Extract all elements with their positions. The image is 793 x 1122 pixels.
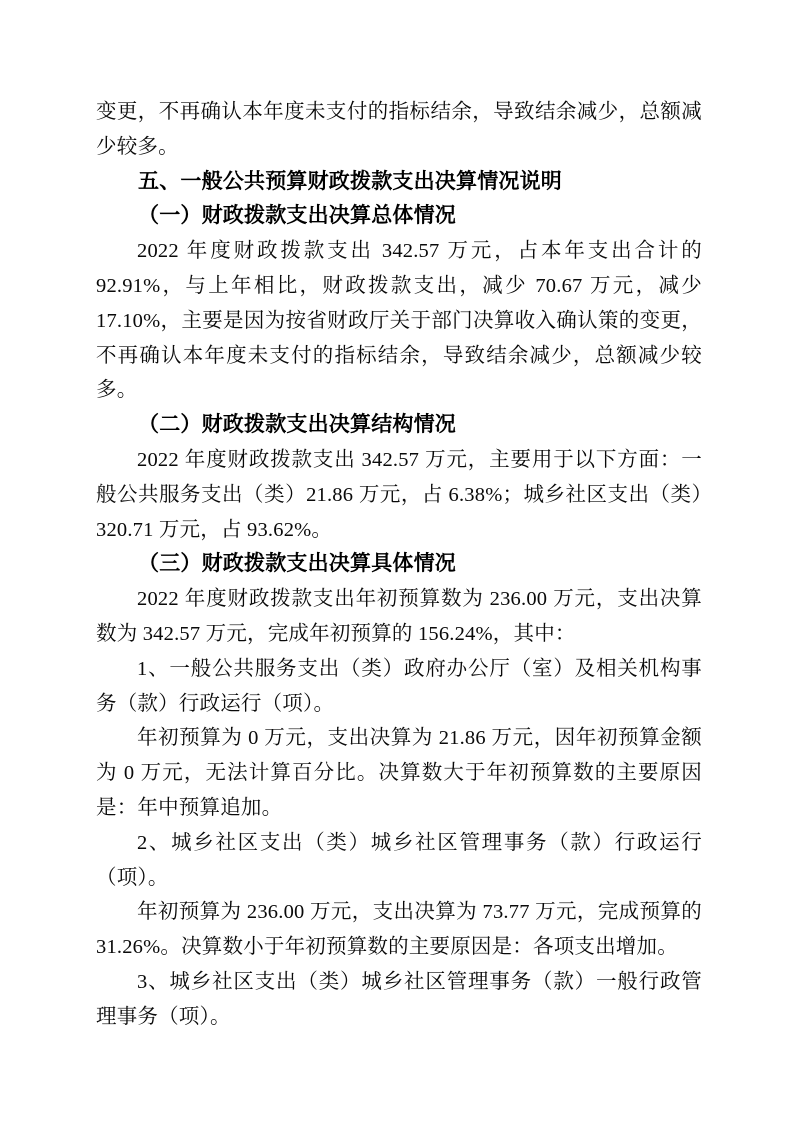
paragraph-structure-situation: 2022 年度财政拨款支出 342.57 万元，主要用于以下方面：一般公共服务支…: [96, 443, 702, 547]
paragraph-item-2-title: 2、城乡社区支出（类）城乡社区管理事务（款）行政运行（项）。: [96, 826, 702, 896]
paragraph-item-1-title: 1、一般公共服务支出（类）政府办公厅（室）及相关机构事务（款）行政运行（项）。: [96, 652, 702, 722]
paragraph-overall-situation: 2022 年度财政拨款支出 342.57 万元，占本年支出合计的 92.91%，…: [96, 234, 702, 408]
paragraph-item-2-detail: 年初预算为 236.00 万元，支出决算为 73.77 万元，完成预算的 31.…: [96, 895, 702, 965]
subsection-heading-3: （三）财政拨款支出决算具体情况: [96, 547, 702, 582]
subsection-heading-1: （一）财政拨款支出决算总体情况: [96, 199, 702, 234]
paragraph-item-3-title: 3、城乡社区支出（类）城乡社区管理事务（款）一般行政管理事务（项）。: [96, 965, 702, 1035]
paragraph-specific-situation: 2022 年度财政拨款支出年初预算数为 236.00 万元，支出决算数为 342…: [96, 582, 702, 652]
subsection-heading-2: （二）财政拨款支出决算结构情况: [96, 408, 702, 443]
paragraph-continuation: 变更，不再确认本年度未支付的指标结余，导致结余减少，总额减少较多。: [96, 95, 702, 165]
document-page: 变更，不再确认本年度未支付的指标结余，导致结余减少，总额减少较多。 五、一般公共…: [0, 0, 793, 1122]
document-content: 变更，不再确认本年度未支付的指标结余，导致结余减少，总额减少较多。 五、一般公共…: [96, 95, 702, 1035]
paragraph-item-1-detail: 年初预算为 0 万元，支出决算为 21.86 万元，因年初预算金额为 0 万元，…: [96, 721, 702, 825]
section-heading-5: 五、一般公共预算财政拨款支出决算情况说明: [96, 165, 702, 200]
